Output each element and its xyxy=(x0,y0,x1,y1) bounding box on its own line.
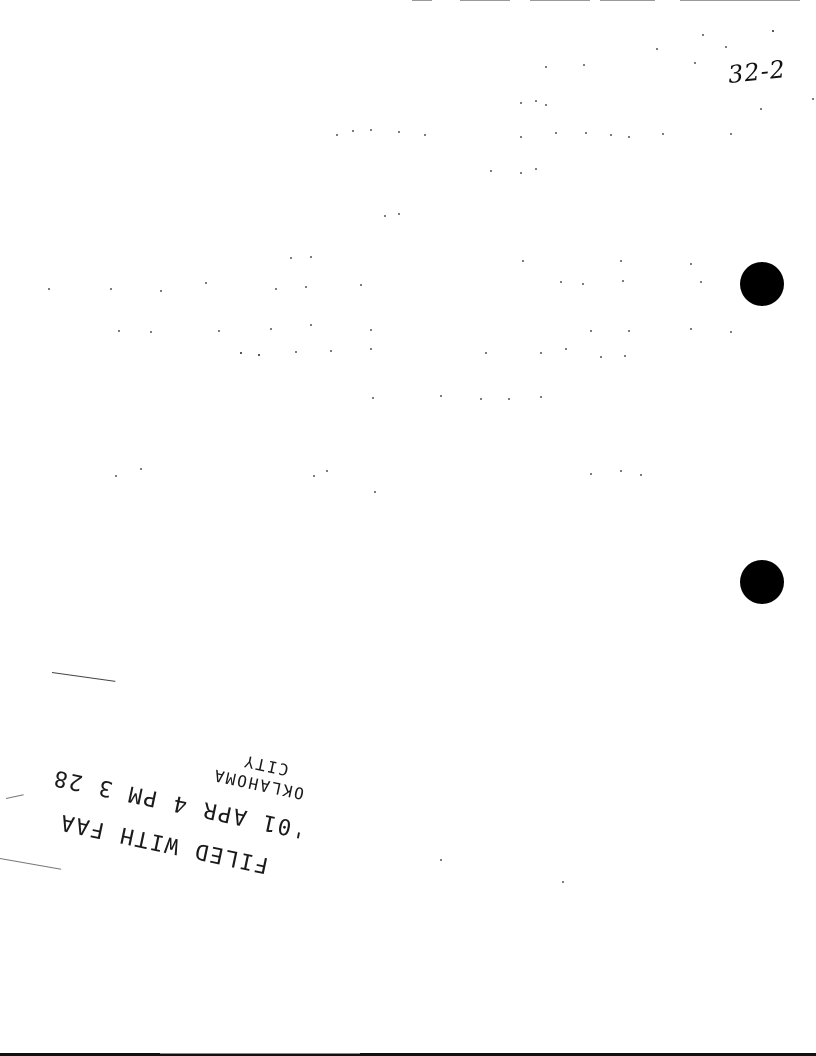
punch-hole-top xyxy=(740,262,784,306)
handwritten-page-number: 32-2 xyxy=(727,55,788,89)
faa-filing-stamp: FILED WITH FAA '01 APR 4 PM 3 28 OKLAHOM… xyxy=(22,671,357,929)
document-page: 32-2 xyxy=(0,0,816,1056)
scan-top-edge xyxy=(0,0,816,2)
pen-stroke xyxy=(6,794,24,799)
punch-hole-bottom xyxy=(740,560,784,604)
